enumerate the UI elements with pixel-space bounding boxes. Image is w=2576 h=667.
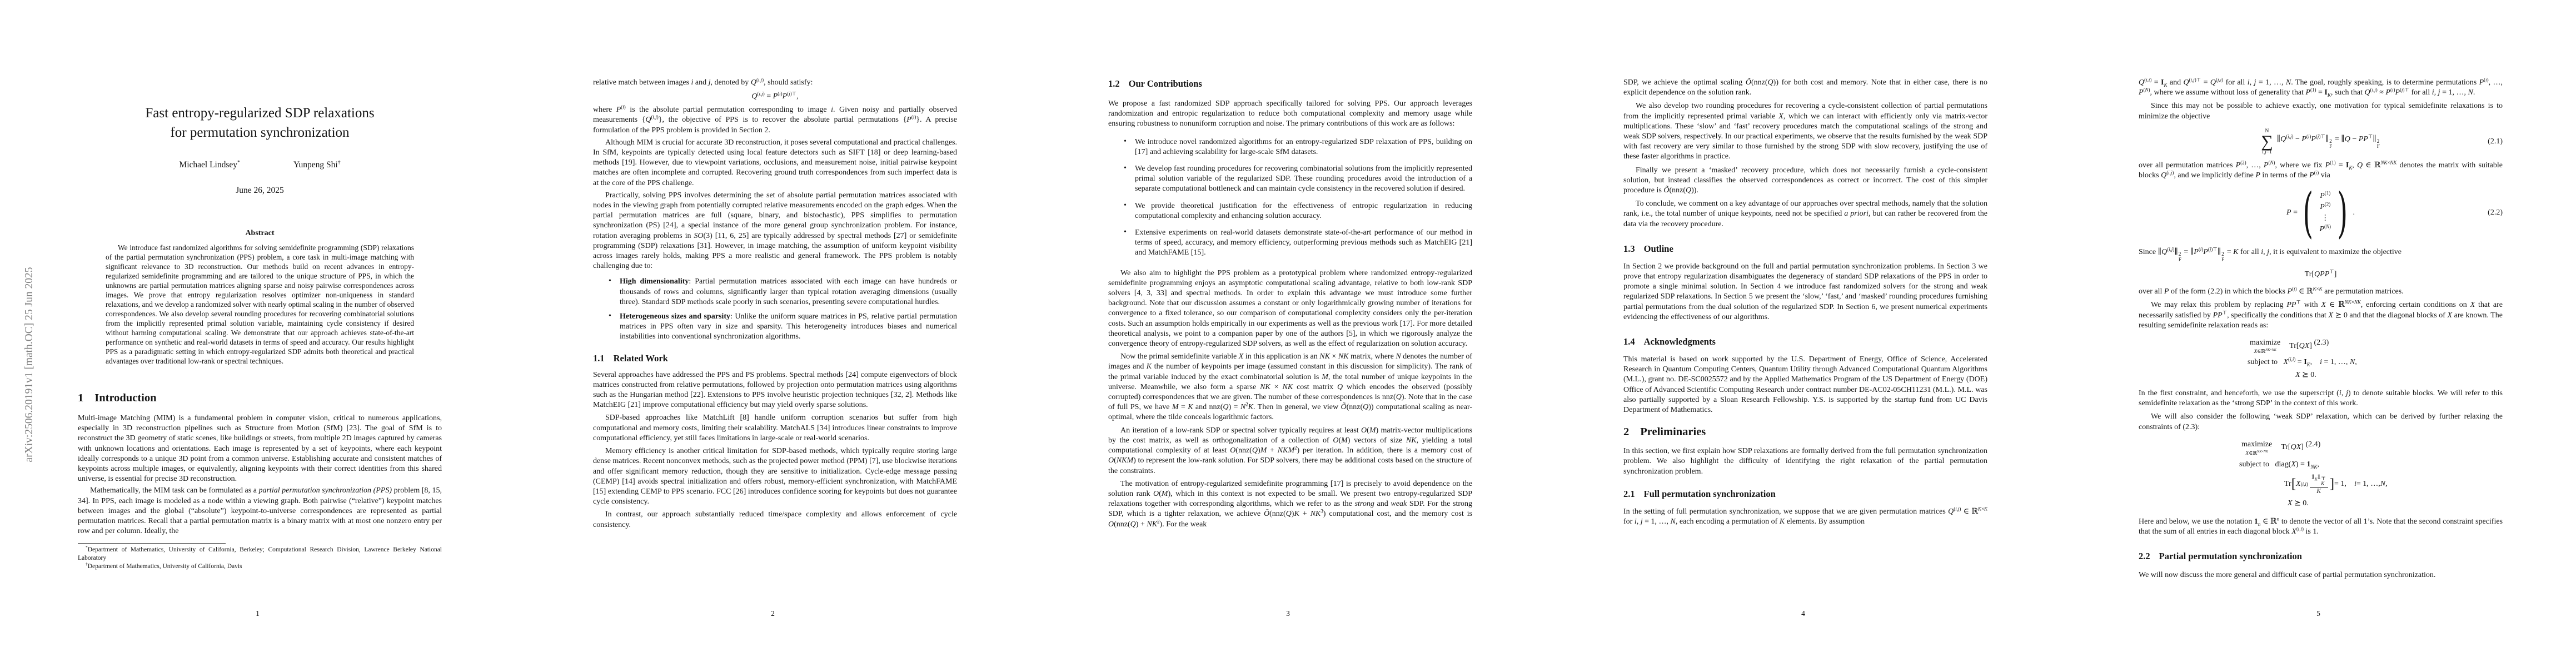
contribution-list: We introduce novel randomized algorithms… [1108,137,1472,258]
paragraph-since-norm: Since ∥Q(i,j)∥2F = ∥P(i)P(j)⊤∥2F = K for… [2139,247,2503,262]
vector-row: ⋮ [2321,214,2329,223]
authors-row: Michael Lindsey* Yunpeng Shi† [78,160,442,170]
footnote-1: *Department of Mathematics, University o… [78,546,442,562]
paragraph-rounding: We also develop two rounding procedures … [1623,101,1987,162]
paragraph-over-all: over all permutation matrices P(2), …, P… [2139,161,2503,181]
equation-body: Tr[QPP⊤] [2305,269,2337,280]
paragraph-relax: We may relax this problem by replacing P… [2139,300,2503,331]
author-2: Yunpeng Shi† [293,160,341,170]
section-number: 2 [1623,424,1629,440]
objective: Tr[QX] [2281,442,2304,453]
paragraph-qii: Q(i,i) = IK and Q(i,j)⊤ = Q(j,i) for all… [2139,78,2503,98]
paragraph-although: Although MIM is crucial for accurate 3D … [593,138,957,188]
subsection-number: 1.4 [1623,336,1635,348]
paper-title-line-2: for permutation synchronization [78,123,442,142]
constraint-1: subject to X(i,i) = IK, i = 1, …, N, [2248,358,2357,366]
operator-domain: X∈ℝNK×NK [2245,451,2268,456]
subsection-heading-related-work: 1.1 Related Work [593,352,957,365]
subsection-title: Full permutation synchronization [1644,488,1776,500]
paragraph-practically: Practically, solving PPS involves determ… [593,191,957,272]
subsection-heading-contributions: 1.2 Our Contributions [1108,78,1472,90]
page-number-5: 5 [2061,609,2576,618]
paragraph-contributions-intro: We propose a fast randomized SDP approac… [1108,99,1472,130]
paragraph-memory: Memory efficiency is another critical li… [593,446,957,507]
maximize-operator: maximize X∈ℝNK×NK [2241,439,2272,456]
subsection-number: 1.1 [593,352,605,365]
equation-number: (2.4) [2305,440,2320,449]
paragraph-several: Several approaches have addressed the PP… [593,370,957,411]
vector-row: P(N) [2319,225,2331,234]
operator-domain: X∈ℝNK×NK [2254,349,2276,355]
subsection-heading-partial-permutation: 2.2 Partial permutation synchronization [2139,550,2503,563]
paragraph-acknowledgments: This material is based on work supported… [1623,355,1987,415]
document-canvas: { "colors": { "text": "#141414", "waterm… [0,0,2576,667]
equation-2-2-lhs: P = [2286,207,2298,218]
subsection-heading-outline: 1.3 Outline [1623,243,1987,255]
footnote-2: †Department of Mathematics, University o… [78,563,442,571]
equation-2-3: maximize X∈ℝNK×NK Tr[QX] (2.3) subject t… [2139,337,2503,381]
paragraph-partial-intro: We will now discuss the more general and… [2139,570,2503,580]
footnote-rule [78,543,226,544]
paragraph-over-all-p: over all P of the form (2.2) in which th… [2139,287,2503,297]
paragraph-since: Since this may not be possible to achiev… [2139,101,2503,121]
subsection-title: Our Contributions [1129,78,1202,90]
operator-word: maximize [2250,337,2280,349]
author-1: Michael Lindsey* [179,160,240,170]
section-heading-introduction: 1 Introduction [78,390,442,406]
paragraph-finally: Finally we present a ‘masked’ recovery p… [1623,166,1987,196]
constraint-1: subject to diag(X) = 1NK, [2239,460,2319,469]
page-4: SDP, we achieve the optimal scaling Õ(nn… [1546,0,2061,667]
subsection-number: 1.3 [1623,243,1635,255]
constraint-3: X ⪰ 0. [2288,499,2309,507]
block-vector: P(1) P(2) ⋮ P(N) [2318,192,2332,234]
paper-title: Fast entropy-regularized SDP relaxations… [78,103,442,142]
page-number-1: 1 [0,609,515,618]
paragraph-preliminaries: In this section, we first explain how SD… [1623,446,1987,477]
objective: Tr[QX] [2289,341,2312,352]
abstract-text: We introduce fast randomized algorithms … [106,243,414,366]
paragraph-full-permutation: In the setting of full permutation synch… [1623,507,1987,527]
page-1: arXiv:2506.20191v1 [math.OC] 25 Jun 2025… [0,0,515,667]
subsection-heading-acknowledgments: 1.4 Acknowledgments [1623,336,1987,348]
page-number-2: 2 [515,609,1030,618]
section-title: Introduction [94,390,156,406]
subsection-number: 2.2 [2139,550,2150,563]
paragraph-sdp-based: SDP-based approaches like MatchLift [8] … [593,413,957,444]
paragraph-first-constraint: In the first constraint, and henceforth,… [2139,389,2503,409]
section-number: 1 [78,390,83,406]
page-2: relative match between images i and j, d… [515,0,1030,667]
equation-2-2-tail: . [2353,207,2355,218]
paragraph-iteration: An iteration of a low-rank SDP or spectr… [1108,426,1472,476]
equation-body: Q(i,j) = P(i)P(j)⊤, [751,91,798,102]
list-item-high-dimensionality: High dimensionality: Partial permutation… [620,277,957,307]
maximize-operator: maximize X∈ℝNK×NK [2250,337,2280,355]
paper-date: June 26, 2025 [78,186,442,196]
equation-number: (2.1) [2488,136,2503,147]
section-title: Preliminaries [1640,424,1706,440]
intro-paragraph-2: Mathematically, the MIM task can be form… [78,486,442,536]
paragraph-outline: In Section 2 we provide background on th… [1623,262,1987,322]
sigma-glyph: ∑ [2261,134,2273,150]
subsection-number: 2.1 [1623,488,1635,500]
sum-lower-limit: i,j=1 [2262,150,2272,155]
vector-row: P(1) [2320,192,2330,201]
arxiv-watermark: arXiv:2506.20191v1 [math.OC] 25 Jun 2025 [23,170,36,559]
paragraph-sdp-continuation: SDP, we achieve the optimal scaling Õ(nn… [1623,78,1987,98]
list-item-contribution-2: We develop fast rounding procedures for … [1135,164,1472,195]
constraint-2: Tr[X(i,i)1K1⊤KK] = 1, i = 1, …, N, [2284,474,2388,495]
left-paren-glyph: ( [2303,188,2313,238]
subsection-title: Related Work [614,352,668,365]
page-number-3: 3 [1030,609,1546,618]
page-number-4: 4 [1546,609,2061,618]
paragraph-aim: We also aim to highlight the PPS problem… [1108,268,1472,350]
subsection-title: Acknowledgments [1644,336,1716,348]
subsection-heading-full-permutation: 2.1 Full permutation synchronization [1623,488,1987,500]
section-heading-preliminaries: 2 Preliminaries [1623,424,1987,440]
equation-2-2: P = ( P(1) P(2) ⋮ P(N) ) . (2.2) [2139,185,2503,241]
subsection-title: Partial permutation synchronization [2159,550,2302,563]
abstract-heading: Abstract [78,229,442,238]
page-3: 1.2 Our Contributions We propose a fast … [1030,0,1546,667]
subsection-title: Outline [1644,243,1673,255]
paper-title-line-1: Fast entropy-regularized SDP relaxations [78,103,442,123]
paragraph-here-below: Here and below, we use the notation 1n ∈… [2139,517,2503,537]
equation-number: (2.2) [2488,207,2503,218]
equation-2-1-body: ∥Q(i,j) − P(i)P(j)⊤∥2F = ∥Q − PP⊤∥2F [2277,134,2380,150]
subsection-number: 1.2 [1108,78,1120,90]
paragraph-relative-match: relative match between images i and j, d… [593,78,957,88]
right-paren-glyph: ) [2337,188,2348,238]
constraint-2: X ⪰ 0. [2295,371,2316,379]
equation-2-4: maximize X∈ℝNK×NK Tr[QX] (2.4) subject t… [2139,439,2503,509]
vector-row: P(2) [2320,203,2330,212]
paragraph-conclude: To conclude, we comment on a key advanta… [1623,199,1987,230]
list-item-contribution-1: We introduce novel randomized algorithms… [1135,137,1472,157]
equation-trqpp: Tr[QPP⊤] [2139,269,2503,280]
list-item-heterogeneous: Heterogeneous sizes and sparsity: Unlike… [620,312,957,342]
paragraph-weak-sdp: We will also consider the following ‘wea… [2139,412,2503,432]
equation-qij: Q(i,j) = P(i)P(j)⊤, [593,91,957,102]
paragraph-motivation: The motivation of entropy-regularized se… [1108,479,1472,530]
challenge-list: High dimensionality: Partial permutation… [593,277,957,342]
paragraph-contrast: In contrast, our approach substantially … [593,510,957,530]
operator-word: maximize [2241,439,2272,450]
list-item-contribution-3: We provide theoretical justification for… [1135,201,1472,221]
equation-2-1: N ∑ i,j=1 ∥Q(i,j) − P(i)P(j)⊤∥2F = ∥Q − … [2139,127,2503,156]
list-item-contribution-4: Extensive experiments on real-world data… [1135,228,1472,258]
equation-number: (2.3) [2314,339,2329,347]
intro-paragraph-1: Multi-image Matching (MIM) is a fundamen… [78,414,442,484]
paragraph-where: where P(i) is the absolute partial permu… [593,105,957,136]
summation-symbol: N ∑ i,j=1 [2261,128,2273,155]
page-5: Q(i,i) = IK and Q(i,j)⊤ = Q(j,i) for all… [2061,0,2576,667]
paragraph-primal: Now the primal semidefinite variable X i… [1108,352,1472,422]
